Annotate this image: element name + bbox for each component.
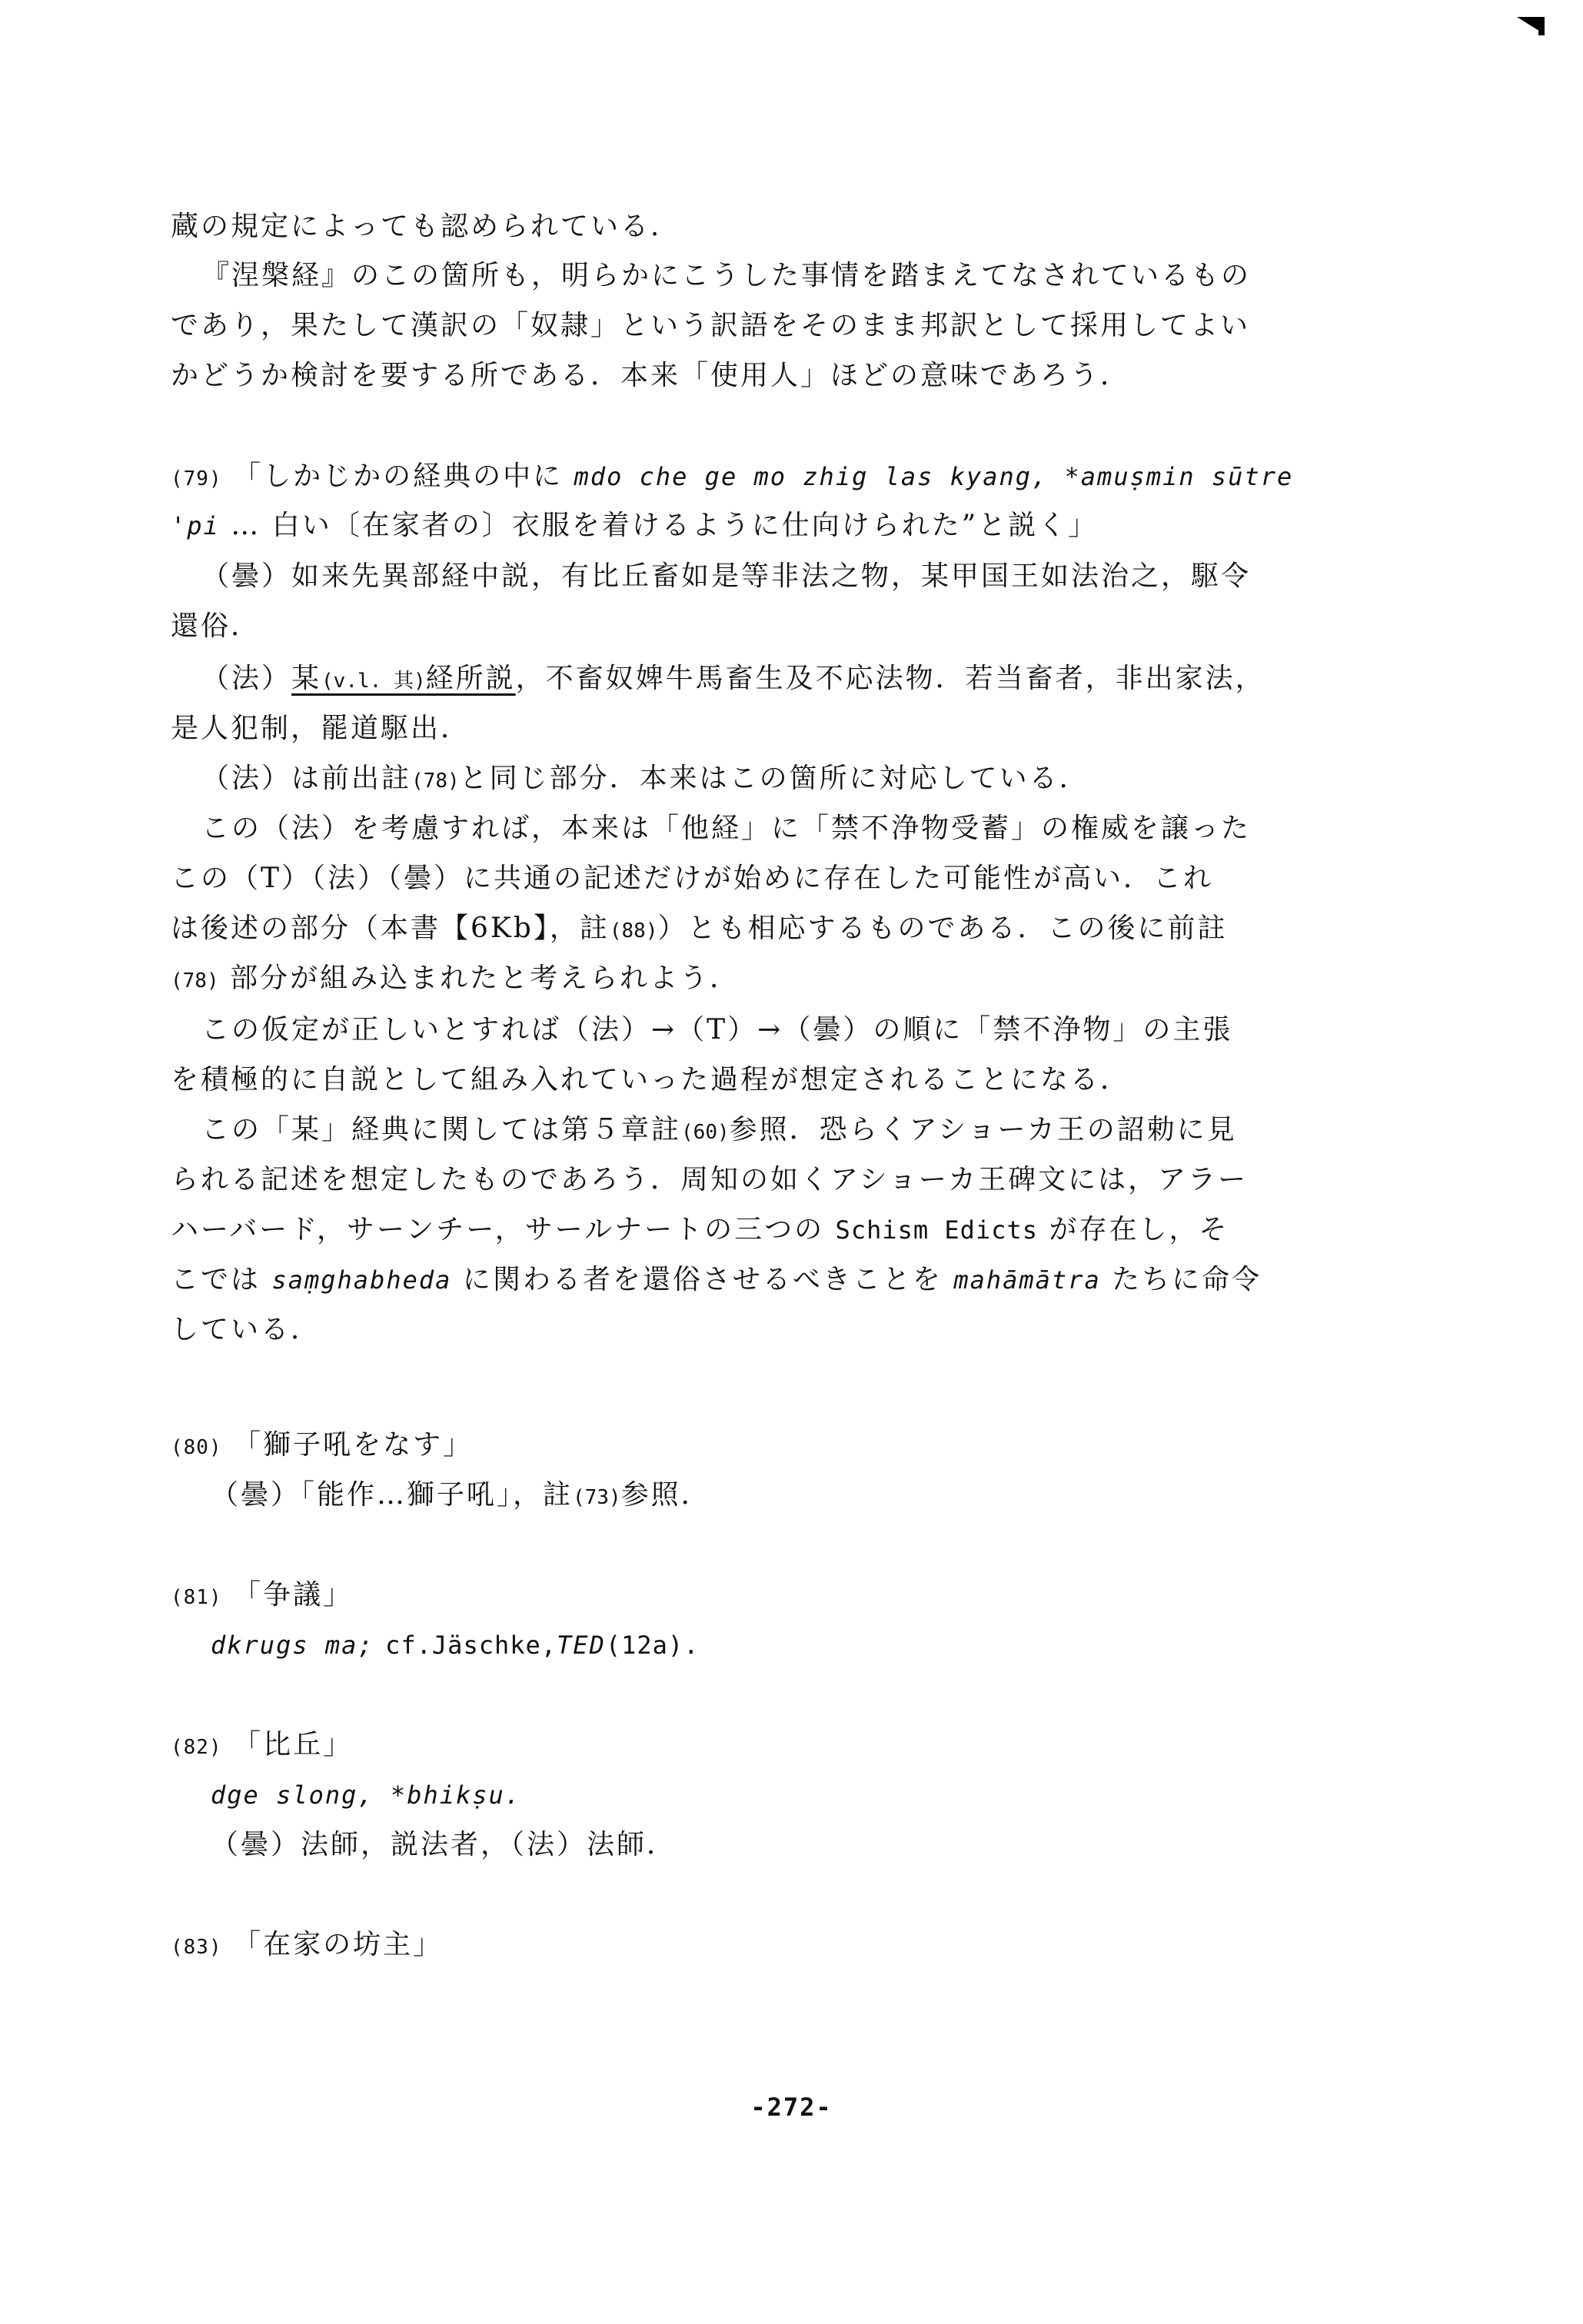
text: に関わる者を還俗させるべきことを [463,1264,943,1295]
citation: cf.Jäschke, [385,1631,557,1660]
note82-heading: (82) 「比丘」 [171,1728,353,1762]
note79-para2-line-1: この（法）を考慮すれば，本来は「他経」に「禁不浄物受蓄」の権威を譲った [201,812,1251,846]
note79-para4-line-5: している． [171,1313,321,1347]
note79-heading-cont: 'pi … 白い〔在家者の〕衣服を着けるように仕向けられた”と説く」 [171,509,1098,543]
text: は後述の部分（本書【6Kb】，註 [171,913,610,944]
intro-line-2: 『涅槃経』のこの箇所も，明らかにこうした事情を踏まえてなされているもの [201,259,1251,293]
note82-body: dge slong, *bhikṣu. [211,1778,521,1812]
document-page: 蔵の規定によっても認められている． 『涅槃経』のこの箇所も，明らかにこうした事情… [0,0,1583,2324]
note79-para4-line-4: こでは saṃghabheda に関わる者を還俗させるべきことを mahāmāt… [171,1263,1262,1297]
note79-para2-line-4: (78) 部分が組み込まれたと考えられよう． [171,962,740,996]
note-ref: (60) [681,1121,730,1144]
note82-head: 「比丘」 [233,1729,353,1760]
note-number: (82) [171,1736,222,1759]
underlined-tail: 経所説 [426,663,516,694]
note79-para4-line-1: この「某」経典に関しては第５章註(60)参照．恐らくアショーカ王の詔勅に見 [201,1113,1237,1147]
note81-heading: (81) 「争議」 [171,1578,353,1612]
note79-tan-line-2: 還俗． [171,610,261,643]
text: ハーバード，サーンチー，サールナートの三つの [171,1214,824,1245]
text: ）とも相応するものである．この後に前註 [657,913,1227,944]
text: この「某」経典に関しては第５章註 [201,1114,681,1145]
note-ref: (73) [573,1486,621,1509]
text: 参照．恐らくアショーカ王の詔勅に見 [730,1114,1237,1145]
note79-para3-line-1: この仮定が正しいとすれば（法）→（T）→（曇）の順に「禁不浄物」の主張 [201,1013,1232,1047]
note83-heading: (83) 「在家の坊主」 [171,1928,443,1962]
text: 参照． [621,1479,711,1511]
page-number: -272- [0,2093,1583,2122]
note79-fa-line-2: 是人犯制，罷道駆出． [171,712,471,746]
note79-fa-line-1: （法）某(v.l. 其)経所説，不畜奴婢牛馬畜生及不応法物．若当畜者，非出家法， [201,662,1265,696]
note80-tan: （曇）「能作…獅子吼」，註(73)参照． [211,1478,711,1512]
text: 部分が組み込まれたと考えられよう． [230,963,740,994]
text: が存在し，そ [1049,1214,1229,1245]
note79-para4-line-3: ハーバード，サーンチー，サールナートの三つの Schism Edicts が存在… [171,1213,1229,1247]
note-number: (81) [171,1586,222,1609]
note-ref: (88) [610,919,658,943]
text: と同じ部分．本来はこの箇所に対応している． [460,763,1089,794]
note79-head-jp: 「しかじかの経典の中に [233,460,563,492]
note79-head2-latin: 'pi [171,511,220,540]
note-ref: (78) [171,969,219,992]
citation-page: (12a). [606,1631,700,1660]
intro-line-3: であり，果たして漢訳の「奴隷」という訳語をそのまま邦訳として採用してよい [171,309,1250,343]
note-number: (80) [171,1436,222,1459]
note83-head: 「在家の坊主」 [233,1929,443,1960]
latin-term: mahāmātra [953,1265,1100,1295]
fa-rest: ，不畜奴婢牛馬畜生及不応法物．若当畜者，非出家法， [516,663,1265,694]
underlined-char: 某 [291,663,321,694]
note-ref: (78) [411,770,460,793]
note79-para4-line-2: られる記述を想定したものであろう．周知の如くアショーカ王碑文には，アラー [171,1163,1248,1197]
note80-head: 「獅子吼をなす」 [233,1429,473,1461]
note79-heading: (79) 「しかじかの経典の中に mdo che ge mo zhig las … [171,460,1293,494]
note80-heading: (80) 「獅子吼をなす」 [171,1428,473,1462]
latin-term: saṃghabheda [271,1265,451,1295]
latin-term: dkrugs ma; [211,1631,374,1660]
note79-para1: （法）は前出註(78)と同じ部分．本来はこの箇所に対応している． [201,762,1089,796]
intro-line-4: かどうか検討を要する所である．本来「使用人」ほどの意味であろう． [171,359,1130,393]
fa-prefix: （法） [201,663,291,694]
note79-para2-line-2: この（T）（法）（曇）に共通の記述だけが始めに存在した可能性が高い．これ [171,862,1213,896]
note79-head2-jp: … 白い〔在家者の〕衣服を着けるように仕向けられた”と説く」 [231,510,1098,541]
note81-body: dkrugs ma; cf.Jäschke,TED(12a). [211,1628,699,1662]
note79-tan-line-1: （曇）如来先異部経中説，有比丘畜如是等非法之物，某甲国王如法治之，駆令 [201,560,1251,593]
text: こでは [171,1264,261,1295]
note82-tan: （曇）法師，説法者，（法）法師． [211,1828,677,1862]
citation-title: TED [557,1631,606,1660]
latin-term: Schism Edicts [836,1215,1038,1245]
page-corner-mark-icon [1517,17,1541,32]
underlined-source: 某(v.l. 其)経所説 [291,663,516,694]
note-number: (79) [171,467,222,490]
latin-term: dge slong, *bhikṣu. [211,1780,521,1810]
intro-line-1: 蔵の規定によっても認められている． [171,210,680,244]
variant-reading: (v.l. 其) [321,670,426,693]
text: たちに命令 [1112,1264,1262,1295]
note-number: (83) [171,1936,222,1959]
note79-head-latin: mdo che ge mo zhig las kyang, *amuṣmin s… [574,462,1294,491]
note79-para3-line-2: を積極的に自説として組み入れていった過程が想定されることになる． [171,1063,1130,1097]
note81-head: 「争議」 [233,1579,353,1611]
text: （曇）「能作…獅子吼」，註 [211,1479,573,1511]
note79-para2-line-3: は後述の部分（本書【6Kb】，註(88)）とも相応するものである．この後に前註 [171,912,1228,946]
text: （法）は前出註 [201,763,411,794]
